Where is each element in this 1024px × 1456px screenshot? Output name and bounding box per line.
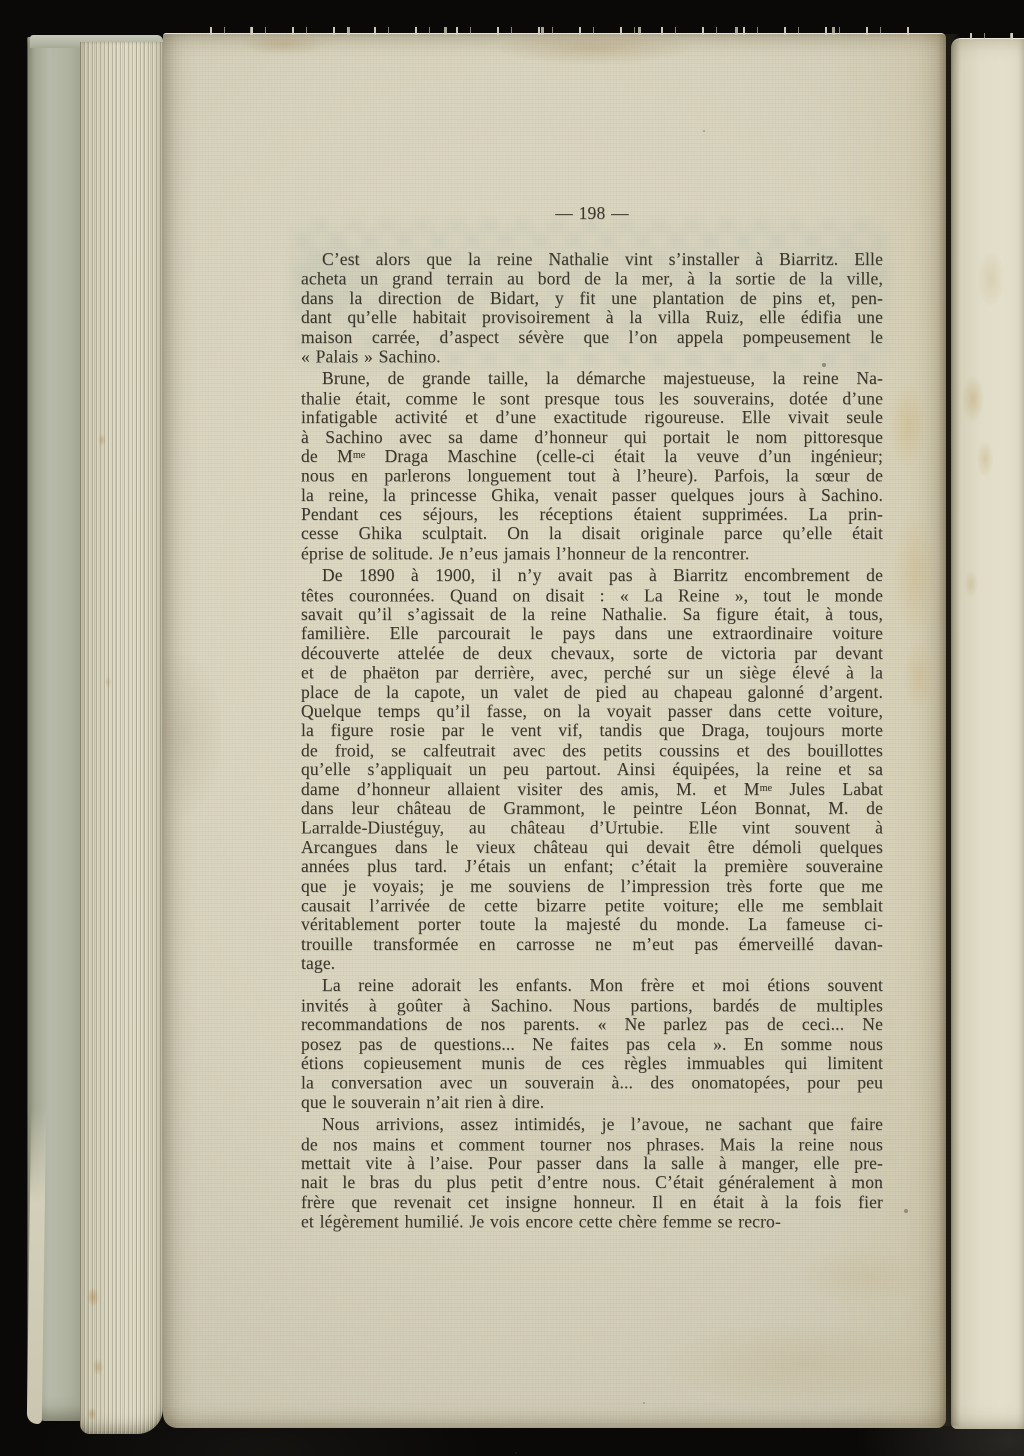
paragraph: La reine adorait les enfants. Mon frère … — [301, 976, 883, 1112]
text-line: dant qu’elle habitait provisoirement à l… — [301, 308, 883, 327]
text-line: découverte attelée de deux chevaux, sort… — [301, 644, 883, 663]
text-line: que le souverain n’ait rien à dire. — [301, 1093, 883, 1112]
text-line: la conversation avec un souverain à... d… — [301, 1074, 883, 1093]
page-edge-stack — [80, 42, 163, 1434]
text-line: savait qu’il s’agissait de la reine Nath… — [301, 605, 883, 624]
text-line: et légèrement humilié. Je vois encore ce… — [301, 1212, 883, 1231]
text-line: que je voyais; je me souviens de l’impre… — [301, 877, 883, 896]
foxing-stain — [951, 39, 1024, 1429]
paragraph: C’est alors que la reine Nathalie vint s… — [301, 250, 883, 366]
text-line: tage. — [301, 954, 883, 973]
text-line: cesse Ghika sculptait. On la disait orig… — [301, 524, 883, 543]
scanned-book-spread: — 198 — C’est alors que la reine Nathali… — [0, 0, 1024, 1456]
text-line: éprise de solitude. Je n’eus jamais l’ho… — [301, 544, 883, 563]
text-line: et de phaëton par derrière, avec, perché… — [301, 664, 883, 683]
text-line: dans leur château de Grammont, le peintr… — [301, 799, 883, 818]
text-line: Quelque temps qu’il fasse, on la voyait … — [301, 702, 883, 721]
text-line: trouille transformée en carrosse ne m’eu… — [301, 935, 883, 954]
text-line: Pendant ces séjours, les réceptions étai… — [301, 505, 883, 524]
text-line: place de la capote, un valet de pied au … — [301, 683, 883, 702]
text-line: recommandations de nos parents. « Ne par… — [301, 1015, 883, 1034]
text-line: de froid, se calfeutrait avec des petits… — [301, 741, 883, 760]
text-line: Arcangues dans le vieux château qui deva… — [301, 838, 883, 857]
text-line: frère que revenait cet insigne honneur. … — [301, 1193, 883, 1212]
text-line: thalie était, comme le sont presque tous… — [301, 389, 883, 408]
text-line: La reine adorait les enfants. Mon frère … — [301, 976, 883, 995]
text-line: la reine, la princesse Ghika, venait pas… — [301, 486, 883, 505]
text-line: dans la direction de Bidart, y fit une p… — [301, 289, 883, 308]
text-line: Brune, de grande taille, la démarche maj… — [301, 369, 883, 388]
text-line: à Sachino avec sa dame d’honneur qui por… — [301, 428, 883, 447]
paragraph: De 1890 à 1900, il n’y avait pas à Biarr… — [301, 566, 883, 973]
left-page: — 198 — C’est alors que la reine Nathali… — [163, 33, 946, 1428]
text-block: C’est alors que la reine Nathalie vint s… — [301, 250, 883, 1232]
text-line: familière. Elle parcourait le pays dans … — [301, 624, 883, 643]
dust-specks — [163, 34, 165, 36]
adjacent-page-edge — [951, 38, 1024, 1429]
text-line: De 1890 à 1900, il n’y avait pas à Biarr… — [301, 566, 883, 585]
text-line: Larralde-Diustéguy, au château d’Urtubie… — [301, 819, 883, 838]
text-line: « Palais » Sachino. — [301, 347, 883, 366]
text-line: mettait vite à l’aise. Pour passer dans … — [301, 1154, 883, 1173]
text-line: C’est alors que la reine Nathalie vint s… — [301, 250, 883, 269]
text-line: acheta un grand terrain au bord de la me… — [301, 270, 883, 289]
page-content: — 198 — C’est alors que la reine Nathali… — [301, 204, 883, 1232]
text-line: de Mme Draga Maschine (celle-ci était la… — [301, 447, 883, 466]
paragraph: Nous arrivions, assez intimidés, je l’av… — [301, 1115, 883, 1231]
text-line: la figure rosie par le vent vif, tandis … — [301, 721, 883, 740]
text-line: causait l’arrivée de cette bizarre petit… — [301, 896, 883, 915]
text-line: têtes couronnées. Quand on disait : « La… — [301, 586, 883, 605]
paragraph: Brune, de grande taille, la démarche maj… — [301, 369, 883, 563]
text-line: nait le bras du plus petit d’entre nous.… — [301, 1173, 883, 1192]
text-line: invités à goûter à Sachino. Nous partion… — [301, 996, 883, 1015]
page-number: — 198 — — [301, 204, 883, 223]
text-line: années plus tard. J’étais un enfant; c’é… — [301, 857, 883, 876]
text-line: infatigable activité et d’une exactitude… — [301, 408, 883, 427]
text-line: nous en parlerons longuement tout à l’he… — [301, 467, 883, 486]
text-line: posez pas de questions... Ne faites pas … — [301, 1035, 883, 1054]
text-line: étions copieusement munis de ces règles … — [301, 1054, 883, 1073]
text-line: maison carrée, d’aspect sévère que l’on … — [301, 328, 883, 347]
text-line: qu’elle s’appliquait un peu partout. Ain… — [301, 760, 883, 779]
foxing-stain — [80, 42, 163, 1434]
book-gutter — [938, 34, 960, 1426]
text-line: véritablement porter toute la majesté du… — [301, 915, 883, 934]
deckle-edge — [197, 27, 920, 35]
text-line: dame d’honneur allaient visiter des amis… — [301, 780, 883, 799]
text-line: Nous arrivions, assez intimidés, je l’av… — [301, 1115, 883, 1134]
text-line: de nos mains et comment tourner nos phra… — [301, 1135, 883, 1154]
